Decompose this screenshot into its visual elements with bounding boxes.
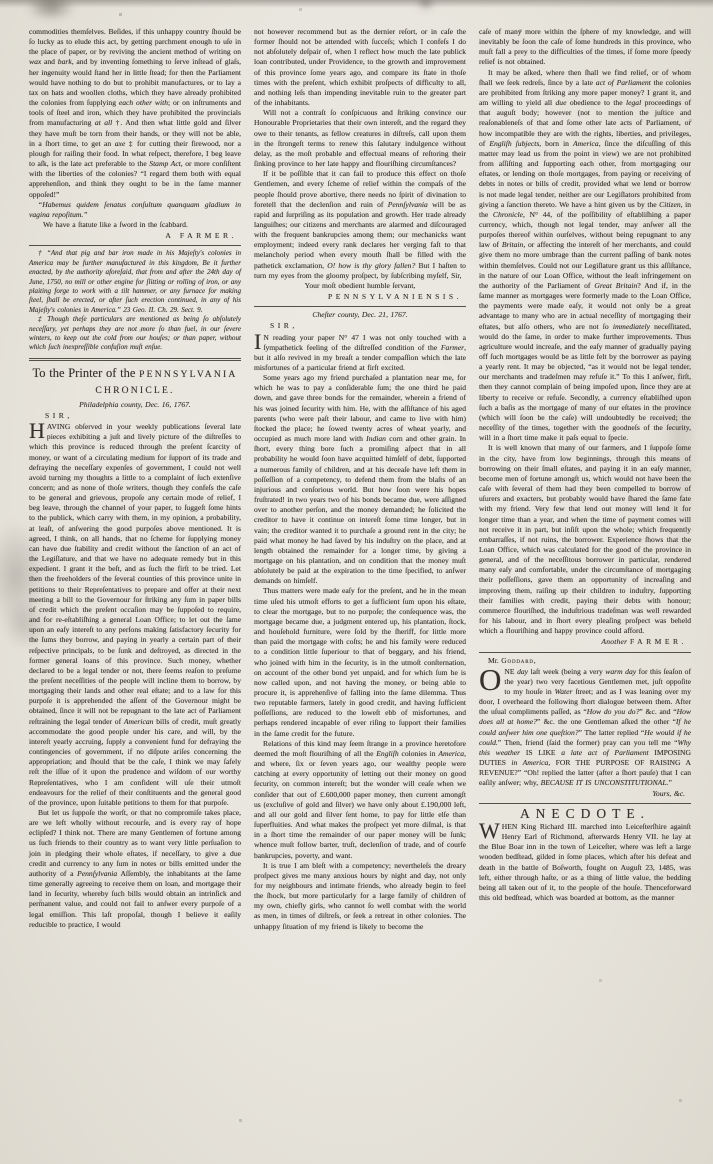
- drop-cap: I: [254, 333, 263, 350]
- newspaper-column-1: commodities themſelves. Beſides, if this…: [29, 27, 241, 1156]
- signature: A FARMER.: [29, 231, 241, 241]
- salutation: SIR,: [254, 321, 466, 331]
- signature-name: FARMER.: [630, 637, 687, 646]
- horizontal-rule: [479, 652, 691, 653]
- horizontal-rule: [29, 245, 241, 246]
- heading-text: To the Printer of the: [33, 366, 140, 380]
- double-rule: [29, 358, 241, 361]
- paragraph: Some years ago my friend purchaſed a pla…: [254, 373, 466, 586]
- paragraph: IN reading your paper N° 47 I was not on…: [254, 333, 466, 374]
- signature-name: A FARMER.: [165, 231, 237, 240]
- address-line: Mr. Goddard,: [479, 656, 691, 666]
- drop-cap: H: [29, 422, 47, 439]
- salutation: SIR,: [29, 411, 241, 421]
- signature-prefix: Another: [601, 637, 630, 646]
- paragraph: If it be poſſible that it can fail to pr…: [254, 169, 466, 281]
- paragraph: commodities themſelves. Beſides, if this…: [29, 27, 241, 200]
- drop-cap: O: [479, 667, 504, 692]
- address-name: Goddard,: [501, 656, 536, 665]
- newspaper-page: commodities themſelves. Beſides, if this…: [0, 0, 713, 1164]
- paragraph: Will not a contraſt ſo conſpicuous and ſ…: [254, 108, 466, 169]
- footnote: ‡ Though theſe particulars are mentioned…: [29, 315, 241, 353]
- signature: PENNSYLVANIENSIS.: [254, 292, 466, 302]
- paragraph: Relations of this kind may ſeem ſtrange …: [254, 739, 466, 861]
- paragraph: It may be aſked, where then ſhall we fin…: [479, 68, 691, 444]
- valediction-line: Your moſt obedient humble ſervant,: [254, 281, 466, 291]
- footnote: † “And that pig and bar iron made in his…: [29, 249, 241, 315]
- dateline: Philadelphia county, Dec. 16, 1767.: [29, 400, 241, 410]
- horizontal-rule: [479, 803, 691, 804]
- paragraph: It is true I am bleſt with a competency;…: [254, 861, 466, 932]
- closing-line: Yours, &c.: [479, 789, 691, 799]
- horizontal-rule: [254, 306, 466, 307]
- paragraph: WHEN King Richard III. marched into Leic…: [479, 822, 691, 903]
- dateline: Cheſter county, Dec. 21, 1767.: [254, 310, 466, 320]
- anecdote-heading: ANECDOTE.: [479, 809, 691, 819]
- letter-heading: To the Printer of the Pennſylvania Chron…: [29, 366, 241, 398]
- newspaper-column-3: caſe of many more within the ſphere of m…: [479, 27, 691, 1156]
- column-container: commodities themſelves. Beſides, if this…: [0, 0, 713, 1164]
- paragraph: Thus matters were made eaſy for the preſ…: [254, 586, 466, 738]
- drop-cap: W: [479, 822, 502, 839]
- latin-quote: “Habemus quidem ſenatus conſultum quanqu…: [29, 200, 241, 220]
- paragraph: HAVING obſerved in your weekly publicati…: [29, 422, 241, 808]
- paragraph: ONE day laſt week (being a very warm day…: [479, 667, 691, 789]
- translation-line: We have a ſtatute like a ſword in the ſc…: [29, 220, 241, 230]
- paragraph: caſe of many more within the ſphere of m…: [479, 27, 691, 68]
- paragraph: It is well known that many of our farmer…: [479, 443, 691, 636]
- paragraph: not however recommend but as the dernier…: [254, 27, 466, 108]
- signature: Another FARMER.: [479, 637, 691, 647]
- signature-name: PENNSYLVANIENSIS.: [328, 292, 462, 301]
- newspaper-column-2: not however recommend but as the dernier…: [254, 27, 466, 1156]
- address-prefix: Mr.: [488, 656, 501, 665]
- paragraph: But let us ſuppoſe the worſt, or that no…: [29, 808, 241, 930]
